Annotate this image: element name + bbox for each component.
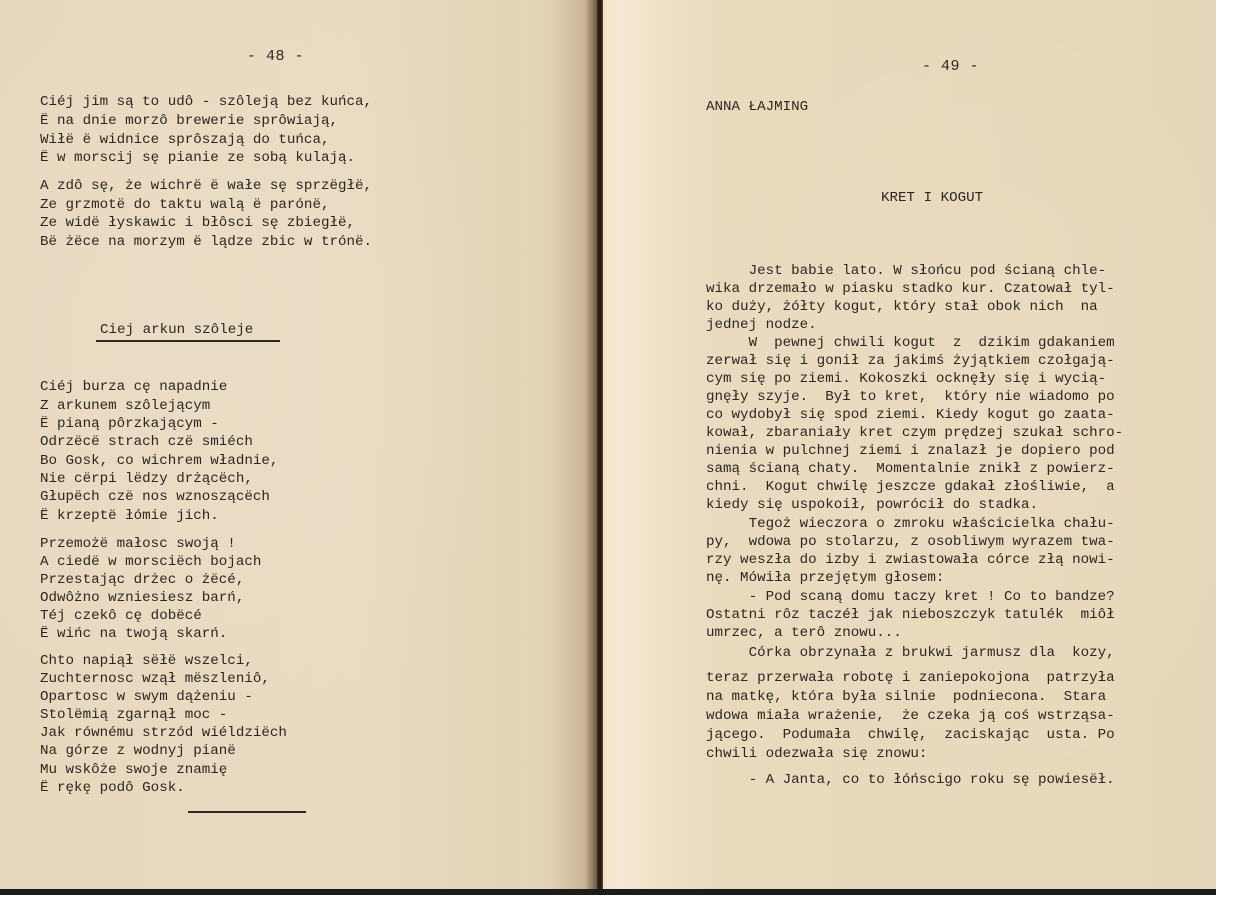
text-line: nienia w pulchnej ziemi i znalazł je dop…: [706, 443, 1115, 459]
text-line: kiedy się uspokoił, powrócił do stadka.: [706, 497, 1038, 513]
verse-line: Ze grzmotë do taktu walą ë parónë,: [40, 195, 329, 215]
verse-line: Bë żëce na morzym ë lądze zbic w trónë.: [40, 232, 372, 252]
text-line: jednej nodze.: [706, 317, 817, 333]
verse-line: Ë krzeptë łómie jich.: [40, 506, 219, 526]
text-line: py, wdowa po stolarzu, z osobliwym wyraz…: [706, 534, 1115, 550]
verse-line: Odrzëcë strach czë smiéch: [40, 432, 253, 452]
verse-line: Na górze z wodnyj pianë: [40, 741, 236, 761]
verse-line: Ë w morscij sę pianie ze sobą kulają.: [40, 148, 355, 168]
text-line: chwili odezwała się znowu:: [706, 746, 927, 762]
poem-title: Ciej arkun szôleje: [100, 322, 253, 338]
page-number: - 49 -: [922, 58, 979, 75]
verse-line: Nie cërpi lëdzy drżącëch,: [40, 469, 253, 489]
text-line: Jest babie lato. W słońcu pod ścianą chl…: [706, 263, 1106, 279]
book-bottom-edge: [0, 889, 1216, 895]
text-line: zerwał się i gonił za jakimś żyjątkiem c…: [706, 353, 1115, 369]
text-line: nę. Mówiła przejętym głosem:: [706, 570, 944, 586]
title-underline: [96, 340, 280, 342]
verse-line: Z arkunem szôlejącym: [40, 396, 210, 416]
text-line: Tegoż wieczora o zmroku właścicielka cha…: [706, 516, 1115, 532]
text-line: Ostatni rôz taczéł jak nieboszczyk tatul…: [706, 607, 1115, 623]
verse-line: Wiłë ë widnice sprôszają do tuńca,: [40, 130, 329, 150]
book-spread: - 48 - Ciéj jim są to udô - szôleją bez …: [0, 0, 1216, 893]
text-line: ko duży, żółty kogut, który stał obok ni…: [706, 299, 1098, 315]
text-line: W pewnej chwili kogut z dzikim gdakaniem: [706, 335, 1115, 351]
verse-line: Odwôżno wzniesiesz barń,: [40, 588, 244, 608]
text-line: teraz przerwała robotę i zaniepokojona p…: [706, 670, 1115, 686]
verse-line: A ciedë w morsciëch bojach: [40, 552, 261, 572]
text-line: kował, zbaraniały kret czym prędzej szuk…: [706, 425, 1123, 441]
verse-line: Chto napiął sëłë wszelci,: [40, 651, 253, 671]
verse-line: Stolëmią zgarnął moc -: [40, 705, 227, 725]
verse-line: A zdô sę, że wichrë ë wałe sę sprzëgłë,: [40, 176, 372, 196]
verse-line: Przestając drżec o żëcé,: [40, 570, 244, 590]
verse-line: Głupëch czë nos wznoszącëch: [40, 487, 270, 507]
verse-line: Ë na dnie morzô brewerie sprôwiają,: [40, 111, 338, 131]
verse-line: Ze widë łyskawic i błôsci sę zbiegłë,: [40, 213, 355, 233]
text-line: na matkę, która była silnie podniecona. …: [706, 689, 1106, 705]
text-line: Córka obrzynała z brukwi jarmusz dla koz…: [706, 645, 1115, 661]
left-page: - 48 - Ciéj jim są to udô - szôleją bez …: [0, 0, 597, 893]
verse-line: Opartosc w swym dążeniu -: [40, 687, 253, 707]
verse-line: Jak równému strzód wiéldziëch: [40, 723, 287, 743]
right-page: - 49 - ANNA ŁAJMING KRET I KOGUT Jest ba…: [603, 0, 1216, 893]
verse-line: Przemożë małosc swoją !: [40, 534, 236, 554]
author-name: ANNA ŁAJMING: [706, 99, 808, 115]
end-rule: [188, 811, 306, 813]
text-line: cym się po ziemi. Kokoszki ocknęły się i…: [706, 371, 1106, 387]
verse-line: Ë wińc na twoją skarń.: [40, 624, 227, 644]
story-title: KRET I KOGUT: [881, 190, 983, 206]
text-line: wika drzemało w piasku stadko kur. Czato…: [706, 281, 1115, 297]
verse-line: Ciéj burza cę napadnie: [40, 377, 227, 397]
verse-line: Ë pianą pôrzkającym -: [40, 414, 219, 434]
text-line: samą ścianą chaty. Momentalnie znikł z p…: [706, 461, 1115, 477]
text-line: wdowa miała wrażenie, że czeka ją coś ws…: [706, 708, 1115, 724]
text-line: gnęły szyje. Był to kret, który nie wiad…: [706, 389, 1115, 405]
text-line: jącego. Podumała chwilę, zaciskając usta…: [706, 727, 1115, 743]
verse-line: Ciéj jim są to udô - szôleją bez kuńca,: [40, 92, 372, 112]
text-line: - A Janta, co to łóńscigo roku sę powies…: [706, 772, 1115, 788]
verse-line: Téj czekô cę dobëcé: [40, 606, 202, 626]
page-number: - 48 -: [247, 48, 304, 65]
verse-line: Ë rękę podô Gosk.: [40, 778, 185, 798]
text-line: chni. Kogut chwilę jeszcze gdakał złośli…: [706, 479, 1115, 495]
text-line: rzy weszła do izby i zwiastowała córce z…: [706, 552, 1115, 568]
verse-line: Bo Gosk, co wichrem władnie,: [40, 451, 278, 471]
text-line: - Pod scaną domu taczy kret ! Co to band…: [706, 589, 1115, 605]
verse-line: Mu wskôże swoje znamię: [40, 760, 227, 780]
verse-line: Zuchternosc wzął mëszleniô,: [40, 669, 270, 689]
text-line: umrzec, a terô znowu...: [706, 625, 902, 641]
text-line: co wydobył się spod ziemi. Kiedy kogut g…: [706, 407, 1115, 423]
